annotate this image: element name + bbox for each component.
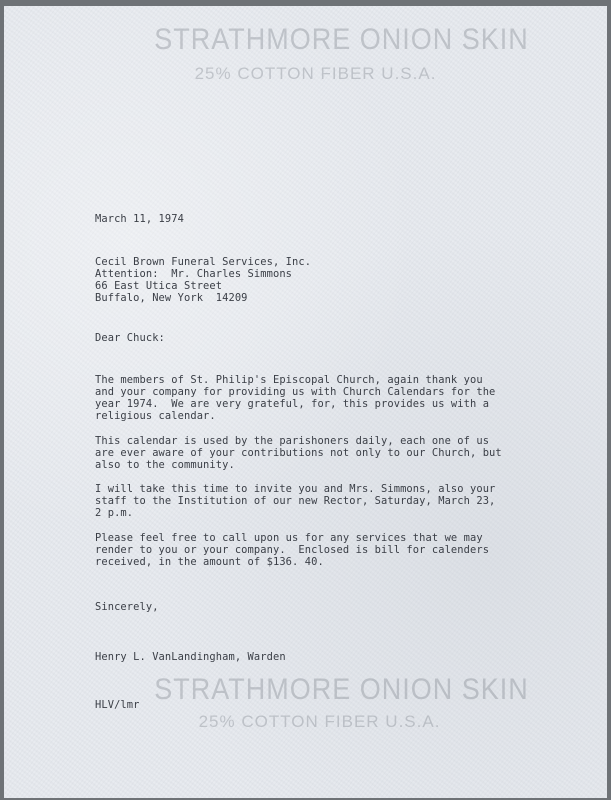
paragraph-line: staff to the Institution of our new Rect… (95, 495, 495, 507)
letter-date: March 11, 1974 (95, 213, 184, 225)
paragraph-line: also to the community. (95, 459, 502, 471)
paragraph-usage: This calendar is used by the parishoners… (95, 435, 502, 471)
signer-name: Henry L. VanLandingham, Warden (95, 651, 286, 663)
letter-page: STRATHMORE ONION SKIN 25% COTTON FIBER U… (4, 6, 607, 798)
paragraph-billing: Please feel free to call upon us for any… (95, 532, 489, 568)
paragraph-line: religious calendar. (95, 410, 495, 422)
recipient-address: Cecil Brown Funeral Services, Inc. Atten… (95, 256, 311, 304)
paragraph-line: and your company for providing us with C… (95, 386, 495, 398)
address-line: Attention: Mr. Charles Simmons (95, 268, 311, 280)
paragraph-line: 2 p.m. (95, 507, 495, 519)
address-line: Buffalo, New York 14209 (95, 292, 311, 304)
typist-initials: HLV/lmr (95, 699, 140, 711)
paragraph-line: received, in the amount of $136. 40. (95, 556, 489, 568)
salutation: Dear Chuck: (95, 332, 165, 344)
paragraph-thanks: The members of St. Philip's Episcopal Ch… (95, 374, 495, 422)
watermark-top-main: STRATHMORE ONION SKIN (40, 22, 607, 56)
paragraph-line: I will take this time to invite you and … (95, 483, 495, 495)
paragraph-line: The members of St. Philip's Episcopal Ch… (95, 374, 495, 386)
watermark-top-sub: 25% COTTON FIBER U.S.A. (14, 64, 607, 84)
paragraph-line: are ever aware of your contributions not… (95, 447, 502, 459)
paragraph-line: This calendar is used by the parishoners… (95, 435, 502, 447)
paragraph-line: render to you or your company. Enclosed … (95, 544, 489, 556)
address-line: Cecil Brown Funeral Services, Inc. (95, 256, 311, 268)
watermark-bottom-sub: 25% COTTON FIBER U.S.A. (18, 712, 607, 732)
closing: Sincerely, (95, 601, 159, 613)
paragraph-line: year 1974. We are very grateful, for, th… (95, 398, 495, 410)
paragraph-line: Please feel free to call upon us for any… (95, 532, 489, 544)
paragraph-invitation: I will take this time to invite you and … (95, 483, 495, 519)
address-line: 66 East Utica Street (95, 280, 311, 292)
